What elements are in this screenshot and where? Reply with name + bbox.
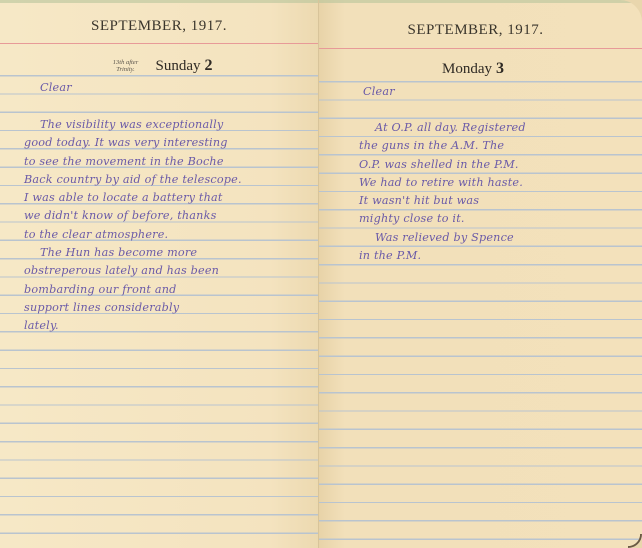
entry-line: Was relieved by Spence [359, 229, 526, 247]
entry-line: Back country by aid of the telescope. [24, 171, 242, 189]
entry-line: We had to retire with haste. [359, 174, 526, 192]
page-top-edge [319, 0, 642, 3]
entry-line: It wasn't hit but was [359, 192, 526, 210]
entry-line: good today. It was very interesting [24, 134, 242, 152]
entry-line: obstreperous lately and has been [24, 262, 242, 280]
entry-line: At O.P. all day. Registered [359, 119, 526, 137]
page-corner [628, 534, 642, 548]
entry-line: support lines considerably [24, 299, 242, 317]
diary-entry: At O.P. all day. Registered the guns in … [359, 119, 526, 265]
entry-line: The Hun has become more [24, 244, 242, 262]
diary-page-left: SEPTEMBER, 1917. 13th after Trinity.Sund… [0, 0, 319, 548]
header-red-rule [0, 43, 318, 44]
entry-line: bombarding our front and [24, 281, 242, 299]
weather-note: Clear [363, 83, 395, 101]
entry-line: O.P. was shelled in the P.M. [359, 156, 526, 174]
entry-line: I was able to locate a battery that [24, 189, 242, 207]
month-header: SEPTEMBER, 1917. [20, 18, 298, 35]
entry-line: to the clear atmosphere. [24, 226, 242, 244]
entry-line: to see the movement in the Boche [24, 153, 242, 171]
entry-line: lately. [24, 317, 242, 335]
entry-line: mighty close to it. [359, 210, 526, 228]
entry-line: the guns in the A.M. The [359, 137, 526, 155]
diary-page-right: SEPTEMBER, 1917. Monday3 Clear At O.P. a… [319, 0, 642, 548]
weather-note: Clear [40, 79, 72, 97]
page-top-edge [0, 0, 318, 3]
entry-line: The visibility was exceptionally [24, 116, 242, 134]
month-header: SEPTEMBER, 1917. [319, 22, 642, 39]
header-red-rule [319, 48, 642, 49]
entry-line: in the P.M. [359, 247, 526, 265]
entry-line: we didn't know of before, thanks [24, 207, 242, 225]
diary-entry: The visibility was exceptionally good to… [24, 116, 242, 336]
